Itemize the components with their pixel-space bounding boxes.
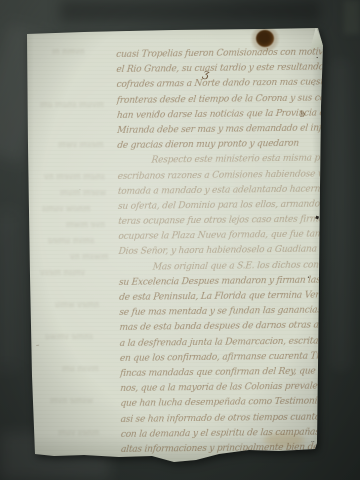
bleedthrough-line: snme vmwa [45,332,93,341]
background-streak [332,60,350,370]
bleedthrough-line: nvmn m [52,47,85,56]
manuscript-page: nvmn mmvum snam ammesm vwmsnam mvem nvws… [24,26,326,464]
background-streak [0,210,20,370]
manuscript-page-wrapper: nvmn mmvum snam ammesm vwmsnam mvem nvws… [24,26,326,464]
bleedthrough-line: vmsn mesv [40,268,85,277]
bleedthrough-line: mnes vum [58,428,99,437]
bleedthrough-line: nve mwm [66,220,105,229]
bleedthrough-line: mwsm nv [70,252,108,261]
bleedthrough-line: snam mvem nv [44,172,105,181]
ink-blot [256,30,274,47]
bleedthrough-line: nmev wmu [55,300,99,309]
handwriting-line: Respecto este ministerio esta misma plaz… [117,152,324,170]
manuscript-photograph: nvmn mmvum snam ammesm vwmsnam mvem nvws… [0,0,360,480]
bleedthrough-line: mvum snam am [40,100,104,109]
bleedthrough-line: smvn umea [48,236,94,245]
handwriting-text-block: cuasi Tropelias fueron Comisionados con … [116,45,327,458]
handwriting-line: que han lucha desempeñada como Testimoni… [120,395,327,413]
bleedthrough-line: mvsn um [62,364,99,373]
bleedthrough-line: wsme nvm [50,396,93,405]
bleedthrough-line: wsem mum [60,188,106,197]
handwriting-line: altas informaciones y principalmente bie… [120,440,327,458]
ink-speck: – [36,342,40,349]
ink-speck: - [79,188,81,193]
background-shadow [60,0,320,22]
bleedthrough-line: mnow vums [42,204,90,213]
background-streak [344,0,360,34]
bleedthrough-line: mesm vwm [58,140,104,149]
